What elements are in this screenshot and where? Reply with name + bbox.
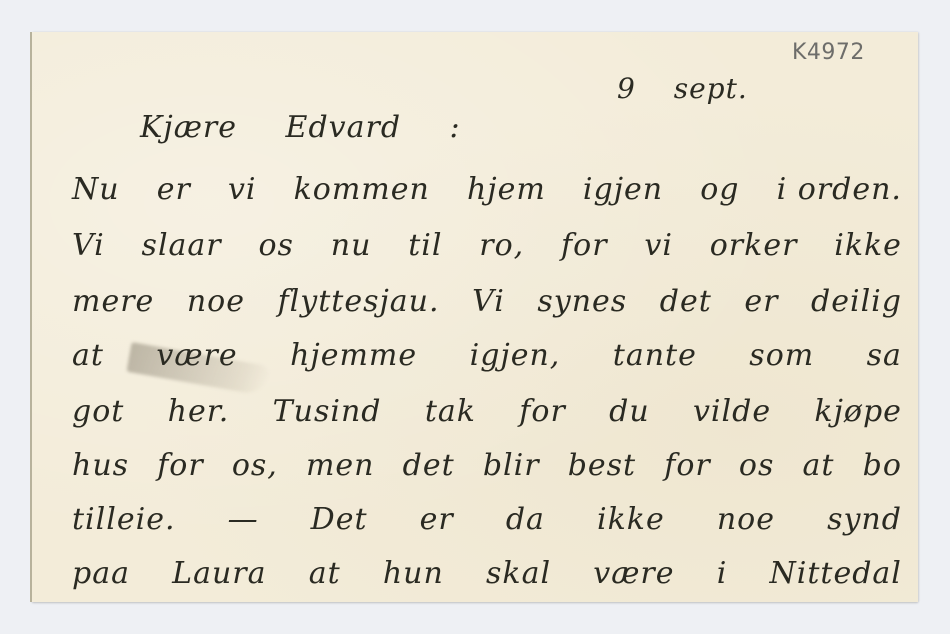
postcard: K4972 9 sept. Kjære Edvard : Nuervikomme… — [32, 32, 918, 602]
word: tilleie. — [72, 502, 175, 537]
letter-line-8: paaLauraathunskalværeiNittedal — [72, 556, 902, 591]
word: Vi — [472, 284, 505, 319]
word: Laura — [172, 556, 266, 591]
word: at — [309, 556, 341, 591]
word: som — [749, 338, 814, 373]
word: kjøpe — [814, 394, 902, 429]
word: du — [609, 394, 650, 429]
word: er — [744, 284, 778, 319]
word: være — [156, 338, 237, 373]
word: for — [664, 448, 711, 483]
word: det — [660, 284, 712, 319]
letter-line-6: husforos,mendetblirbestforosatbo — [72, 448, 902, 483]
letter-line-2: Vislaarosnutilro,forviorkerikke — [72, 228, 902, 263]
word: got — [72, 394, 124, 429]
word: bo — [863, 448, 902, 483]
word: os — [258, 228, 293, 263]
word: da — [506, 502, 545, 537]
word: hjemme — [290, 338, 417, 373]
word: at — [803, 448, 835, 483]
word: synes — [537, 284, 627, 319]
word: er — [157, 172, 191, 207]
word: tante — [613, 338, 697, 373]
word: Tusind — [273, 394, 382, 429]
catalog-number: K4972 — [792, 40, 865, 65]
word: er — [420, 502, 454, 537]
word: Nittedal — [770, 556, 902, 591]
word: slaar — [142, 228, 222, 263]
word: til — [408, 228, 442, 263]
word: det — [403, 448, 455, 483]
word: best — [568, 448, 636, 483]
word: sa — [867, 338, 902, 373]
word: flyttesjau. — [278, 284, 440, 319]
salutation: Kjære Edvard : — [140, 110, 461, 145]
word: vilde — [693, 394, 771, 429]
word: Nu — [72, 172, 120, 207]
word: mere — [72, 284, 154, 319]
word: skal — [486, 556, 551, 591]
word: Det — [311, 502, 368, 537]
word: her. — [168, 394, 230, 429]
word: synd — [827, 502, 902, 537]
word: deilig — [811, 284, 902, 319]
word: være — [593, 556, 674, 591]
letter-date: 9 sept. — [617, 72, 748, 105]
word: os — [739, 448, 774, 483]
letter-line-5: gother.Tusindtakforduvildekjøpe — [72, 394, 902, 429]
word: for — [561, 228, 608, 263]
word: igjen — [583, 172, 663, 207]
word: ikke — [834, 228, 902, 263]
word: ro, — [479, 228, 524, 263]
word: Vi — [72, 228, 105, 263]
word: igjen, — [470, 338, 561, 373]
letter-line-4: atværehjemmeigjen,tantesomsa — [72, 338, 902, 373]
word: os, — [232, 448, 278, 483]
word: kommen — [294, 172, 430, 207]
word: ikke — [597, 502, 665, 537]
word: — — [228, 502, 259, 537]
word: nu — [331, 228, 372, 263]
word: men — [306, 448, 375, 483]
word: noe — [187, 284, 245, 319]
word: hus — [72, 448, 129, 483]
word: i orden. — [777, 172, 902, 207]
word: i — [717, 556, 728, 591]
word: hun — [383, 556, 444, 591]
word: tak — [425, 394, 476, 429]
word: vi — [228, 172, 257, 207]
word: at — [72, 338, 104, 373]
word: orker — [710, 228, 798, 263]
letter-line-3: merenoeflyttesjau.Visynesdeterdeilig — [72, 284, 902, 319]
word: og — [700, 172, 739, 207]
letter-line-1: Nuervikommenhjemigjenogi orden. — [72, 172, 902, 207]
word: paa — [72, 556, 130, 591]
word: for — [157, 448, 204, 483]
word: noe — [717, 502, 775, 537]
word: blir — [483, 448, 540, 483]
word: vi — [644, 228, 673, 263]
letter-line-7: tilleie.—Deterdaikkenoesynd — [72, 502, 902, 537]
word: hjem — [467, 172, 546, 207]
word: for — [519, 394, 566, 429]
